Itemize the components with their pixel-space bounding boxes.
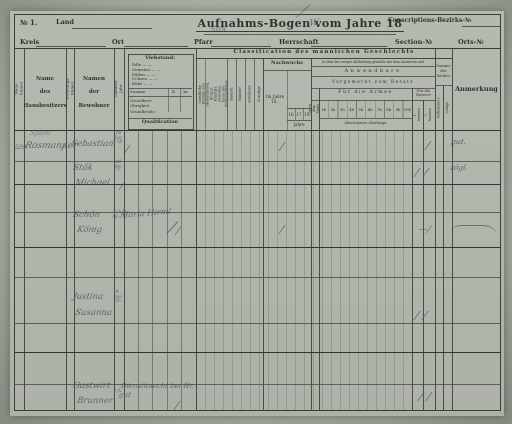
handwriting-mark: ∕: [426, 391, 432, 403]
handwriting-mark: Brunner: [76, 397, 114, 406]
handwriting-mark: ∕: [422, 310, 428, 322]
handwriting-mark: ∕: [279, 224, 285, 236]
handwriting-mark: ∕: [296, 1, 310, 22]
handwriting-mark: ∕: [414, 310, 420, 322]
photograph-of-form: { "page_header": { "form_no": "№ 1.", "l…: [0, 0, 512, 424]
handwriting-mark: ∕: [418, 391, 424, 403]
handwriting-mark: ∕: [425, 140, 431, 152]
handwriting-mark: zögl.: [449, 164, 469, 172]
handwriting-mark: Maria Hirml: [119, 208, 171, 221]
handwriting-mark: Stök: [72, 164, 94, 173]
handwriting-mark: Justina: [72, 293, 104, 302]
handwriting-mark: ∕: [414, 167, 420, 179]
handwriting-mark: Dienstknecht bei Hr. gut: [118, 382, 195, 400]
handwriting-mark: 20 9br 17–: [112, 161, 123, 175]
handwriting-mark: ∕: [175, 226, 181, 237]
handwriting-mark: König: [76, 226, 103, 235]
handwriting-mark: Stöl: [209, 25, 227, 35]
handwriting-mark: Späni: [29, 130, 51, 138]
handwriting-mark: Susanna: [74, 309, 113, 318]
handwriting-mark: ∕: [124, 144, 130, 156]
handwriting-mark: ∕: [119, 181, 125, 192]
handwriting-mark: W.: [308, 19, 320, 30]
handwriting-mark: Michael: [74, 179, 110, 188]
handwriting-layer: ∕W.StölSpäni229Rosmanner∕Sebastian18 Jan…: [0, 0, 512, 424]
handwriting-mark: 9 Jun 18–: [112, 291, 123, 305]
handwriting-mark: Gastwirt: [72, 382, 111, 391]
handwriting-mark: 18 Jan 178: [112, 132, 124, 146]
handwriting-mark: ∕: [279, 141, 285, 153]
handwriting-mark: gut.: [450, 138, 467, 146]
handwriting-mark: —∕: [417, 226, 431, 236]
handwriting-mark: ∕: [174, 400, 180, 412]
handwriting-mark: ∕: [423, 167, 429, 179]
handwriting-mark: Schön: [72, 211, 101, 220]
handwriting-mark: Sebastian: [70, 140, 114, 149]
signature-flourish: [450, 225, 498, 236]
